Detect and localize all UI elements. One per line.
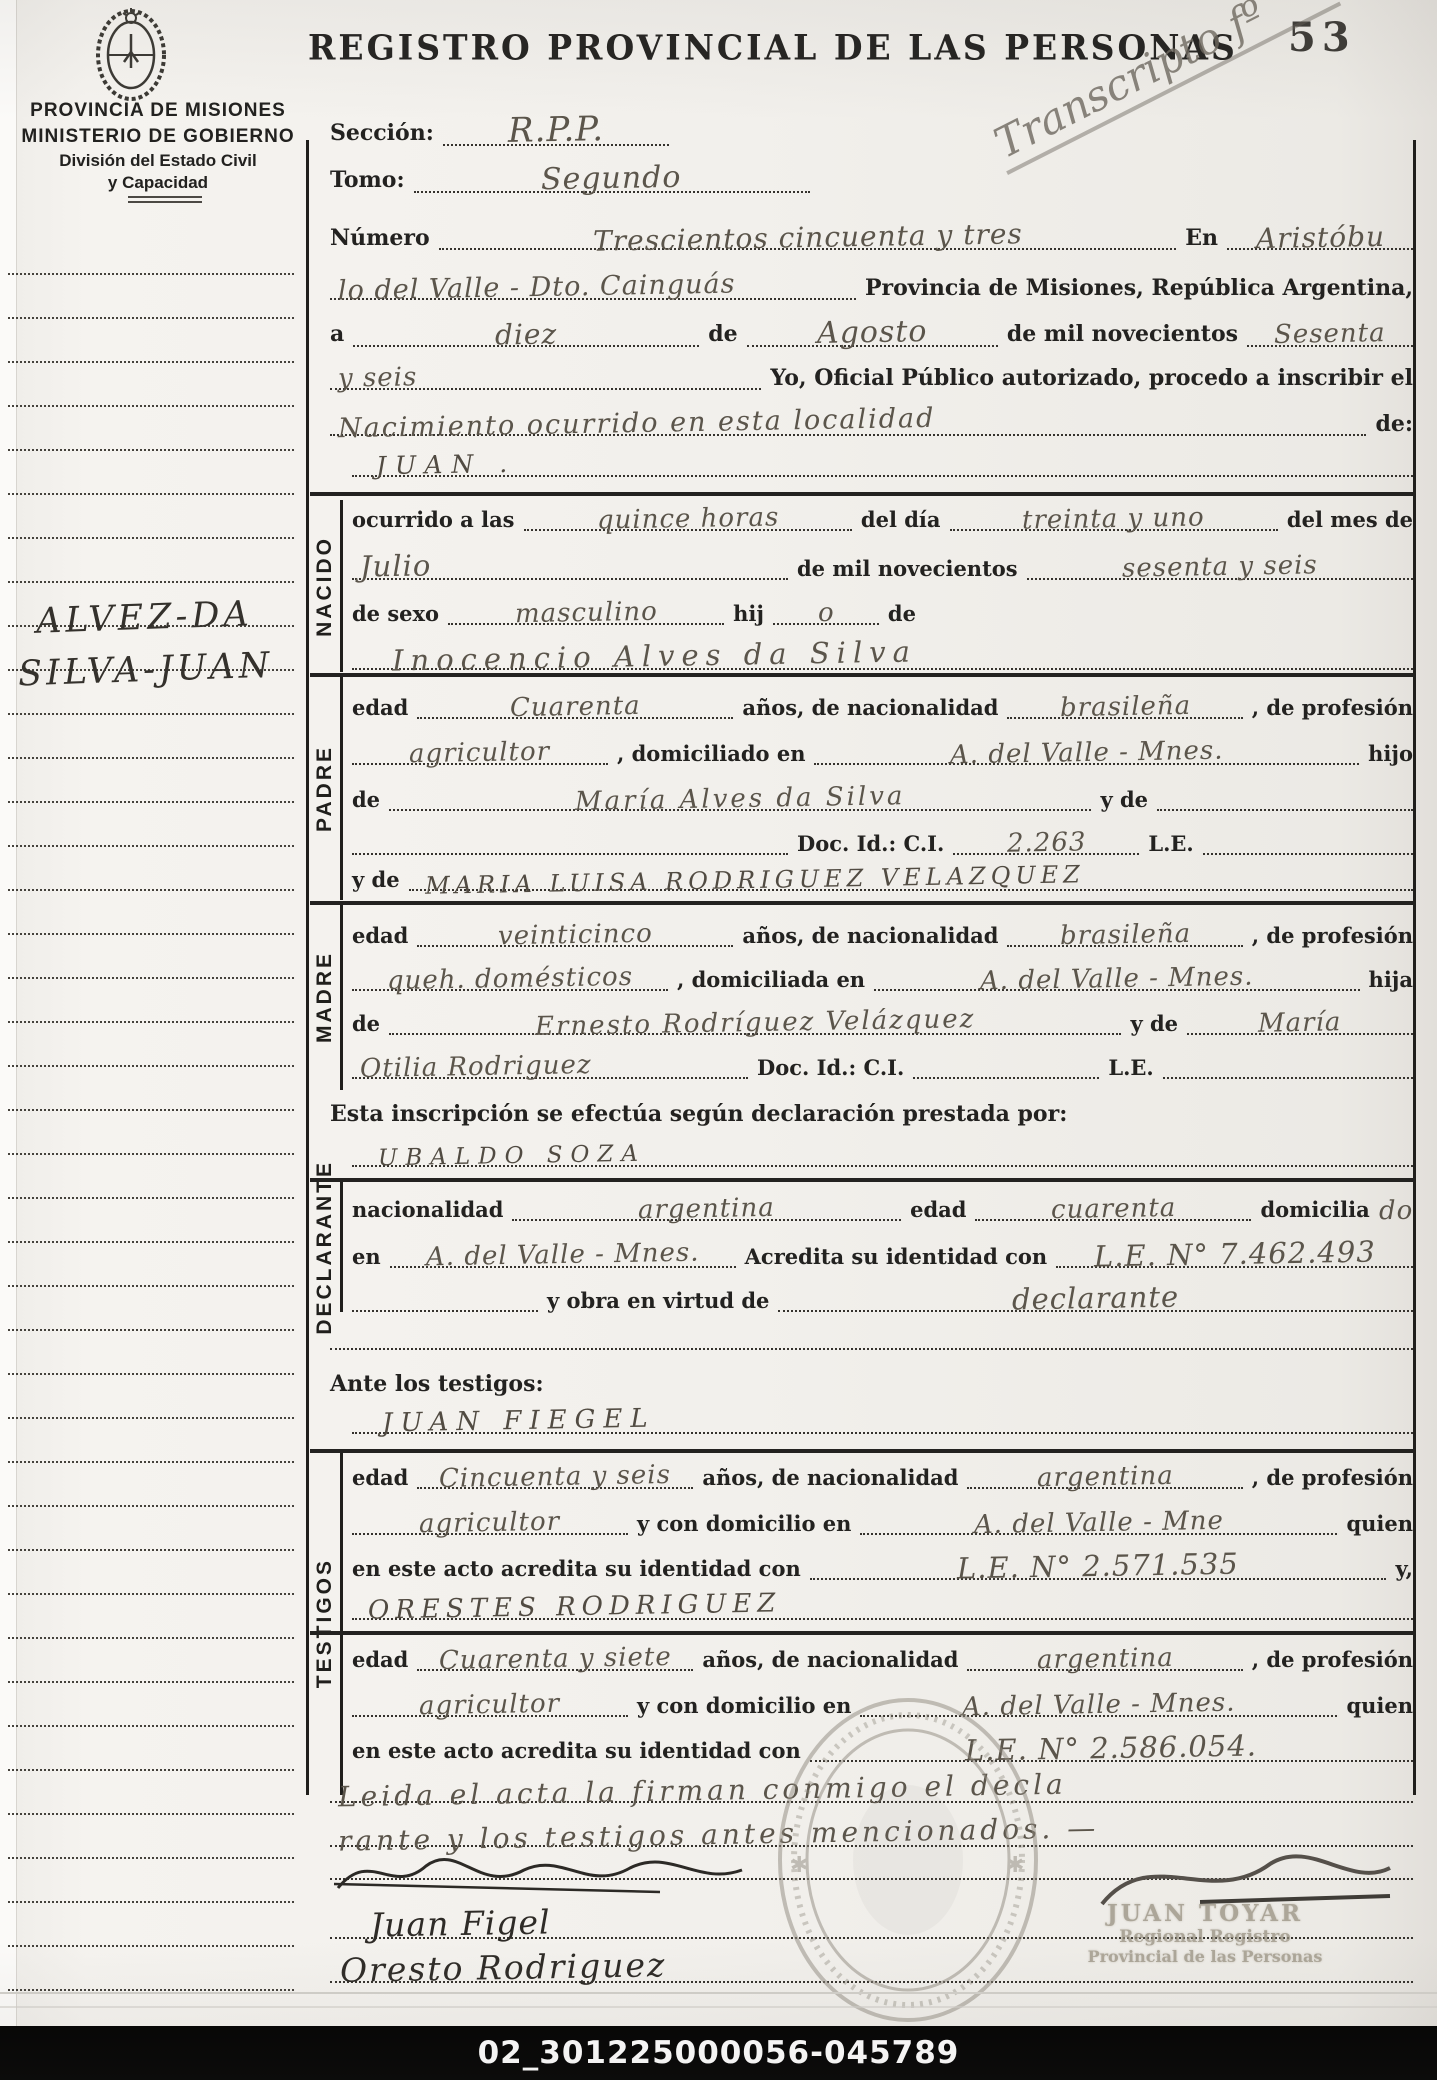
testigo1-identidad-value: L.E. N° 2.571.535	[957, 1554, 1239, 1581]
margin-rule-line	[8, 713, 294, 715]
row-anio: y seis Yo, Oficial Público autorizado, p…	[330, 366, 1413, 390]
stamp-name: JUAN TOYAR	[1035, 1900, 1375, 1927]
label: edad	[352, 924, 408, 947]
row-padre-abuelos: de María Alves da Silva y de	[352, 788, 1413, 811]
numero-label: Número	[330, 226, 430, 250]
margin-rule-line	[8, 1637, 294, 1639]
org-line: y Capacidad	[18, 172, 298, 194]
ante-testigos-label: Ante los testigos:	[330, 1372, 544, 1396]
hora-value: quince horas	[596, 508, 779, 531]
abuelo-paterno-value: María Alves da Silva	[575, 787, 906, 812]
padre-domicilio-value: A. del Valle - Mnes.	[950, 741, 1224, 765]
margin-rule-line	[8, 273, 294, 275]
madre-domicilio-value: A. del Valle - Mnes.	[980, 967, 1254, 991]
row-madre-doc: Otilia Rodriguez Doc. Id.: C.I. L.E.	[352, 1056, 1413, 1079]
margin-rule-line	[8, 1197, 294, 1199]
label: , de profesión	[1252, 1466, 1413, 1489]
margin-rule-line	[8, 1505, 294, 1507]
mes-nac-value: Julio	[360, 555, 432, 578]
margin-rule-line	[8, 1241, 294, 1243]
margin-rule-line	[8, 317, 294, 319]
label: en este acto acredita su identidad con	[352, 1557, 801, 1580]
row-numero: Número Trescientos cincuenta y tres En A…	[330, 226, 1413, 250]
margin-rule-line	[8, 801, 294, 803]
org-line: División del Estado Civil	[18, 150, 298, 172]
row-testigo1-domicilio: agricultor y con domicilio en A. del Val…	[352, 1512, 1413, 1535]
svg-text:✱: ✱	[790, 1853, 808, 1878]
abuela-materna-value-2: Otilia Rodriguez	[360, 1056, 592, 1080]
nombre-value: JUAN .	[376, 455, 516, 476]
section-label-declarante: DECLARANTE	[309, 1182, 343, 1312]
row-padre-profesion: agricultor , domiciliado en A. del Valle…	[352, 742, 1413, 765]
acto-value: Nacimiento ocurrido en esta localidad	[338, 409, 936, 440]
declarante-domicilia-sufijo: do	[1379, 1201, 1414, 1221]
padre-nacionalidad-value: brasileña	[1059, 696, 1191, 718]
en-label: En	[1185, 226, 1218, 250]
madre-profesion-value: queh. domésticos	[387, 967, 633, 991]
row-nacido-hora: ocurrido a las quince horas del día trei…	[352, 508, 1413, 531]
margin-rule-line	[8, 889, 294, 891]
testigo2-nacionalidad-value: argentina	[1037, 1648, 1174, 1670]
label: y,	[1395, 1557, 1413, 1580]
label: domicilia	[1260, 1198, 1369, 1221]
label: hija	[1369, 968, 1413, 991]
label: de mil novecientos	[797, 557, 1018, 580]
stamp-line: Regional Registro	[1035, 1927, 1375, 1947]
divider	[310, 901, 1415, 905]
label: y de	[1100, 788, 1148, 811]
row-tomo: Tomo: Segundo	[330, 168, 1413, 193]
sidebar-rule	[128, 196, 202, 203]
margin-rule-line	[8, 493, 294, 495]
de-mil-label: de mil novecientos	[1007, 322, 1238, 346]
anio-value-1: Sesenta	[1274, 324, 1386, 345]
row-nacido-sexo: de sexo masculino hij o de	[352, 602, 1413, 625]
inscripcion-intro-label: Esta inscripción se efectúa según declar…	[330, 1102, 1067, 1126]
document-title: REGISTRO PROVINCIAL DE LAS PERSONAS	[308, 27, 1188, 68]
margin-rule-line	[8, 1065, 294, 1067]
seccion-label: Sección:	[330, 121, 434, 145]
sexo-value: masculino	[514, 602, 657, 624]
declarante-nacionalidad-value: argentina	[638, 1198, 775, 1220]
label: Doc. Id.: C.I.	[757, 1056, 904, 1079]
label: años, de nacionalidad	[702, 1648, 958, 1671]
label: años, de nacionalidad	[742, 924, 998, 947]
declarante-identidad-value: L.E. N° 7.462.493	[1094, 1242, 1376, 1269]
testigo1-nombre-value: Juan Fiegel	[382, 1410, 656, 1434]
row-testigo1-identidad: en este acto acredita su identidad con L…	[352, 1556, 1413, 1580]
margin-rule-line	[8, 581, 294, 583]
row-madre-nombre: y de Maria Luisa Rodriguez Velazquez	[352, 868, 1413, 891]
margin-surname-note: SILVA-JUAN	[17, 646, 273, 695]
margin-rule-line	[8, 1725, 294, 1727]
madre-nombre-value: Maria Luisa Rodriguez Velazquez	[424, 865, 1084, 895]
madre-edad-value: veinticinco	[498, 924, 653, 946]
row-declarante-virtud: y obra en virtud de declarante	[352, 1288, 1413, 1312]
abuelo-materno-value: Ernesto Rodríguez Velázquez	[535, 1010, 976, 1037]
margin-rule-line	[8, 361, 294, 363]
label: y de	[1130, 1012, 1178, 1035]
circular-stamp: ✱ ✱	[768, 1690, 1048, 2030]
label: del día	[861, 508, 941, 531]
registrar-stamp: JUAN TOYAR Regional Registro Provincial …	[1035, 1900, 1375, 1966]
margin-rule-line	[8, 1461, 294, 1463]
row-inscripcion-intro: Esta inscripción se efectúa según declar…	[330, 1102, 1413, 1126]
row-testigo2-edad: edad Cuarenta y siete años, de nacionali…	[352, 1648, 1413, 1671]
padre-edad-value: Cuarenta	[510, 696, 641, 718]
stamp-line: Provincial de las Personas	[1035, 1947, 1375, 1966]
label: años, de nacionalidad	[702, 1466, 958, 1489]
row-padre-doc: Doc. Id.: C.I. 2.263 L.E.	[352, 832, 1413, 855]
divider	[310, 1631, 1415, 1635]
row-testigo1-nombre: Juan Fiegel	[352, 1412, 1413, 1434]
dia-nac-value: treinta y uno	[1022, 508, 1205, 531]
de-colon-label: de:	[1375, 412, 1413, 436]
label: ocurrido a las	[352, 508, 515, 531]
de-label: de	[708, 322, 737, 346]
testigo1-profesion-value: agricultor	[419, 1512, 560, 1534]
row-fecha: a diez de Agosto de mil novecientos Sese…	[330, 322, 1413, 347]
form-right-rule	[1413, 140, 1416, 1795]
declarante-virtud-value: declarante	[1012, 1287, 1180, 1312]
row-declarante-domicilio: en A. del Valle - Mnes. Acredita su iden…	[352, 1244, 1413, 1268]
madre-nacionalidad-value: brasileña	[1059, 924, 1191, 946]
anio-value-2: y seis	[338, 368, 418, 389]
margin-rule-line	[8, 1329, 294, 1331]
margin-rule-line	[8, 977, 294, 979]
row-ante-testigos: Ante los testigos:	[330, 1372, 1413, 1396]
tomo-value: Segundo	[541, 167, 682, 192]
oficial-label: Yo, Oficial Público autorizado, procedo …	[770, 366, 1413, 390]
label: edad	[352, 696, 408, 719]
label: Acredita su identidad con	[745, 1245, 1048, 1268]
testigo1-domicilio-value: A. del Valle - Mne	[974, 1511, 1224, 1535]
divider	[310, 492, 1415, 496]
margin-rule-line	[8, 1681, 294, 1683]
section-label-testigos: TESTIGOS	[309, 1452, 343, 1795]
padre-profesion-value: agricultor	[409, 742, 550, 764]
label: , de profesión	[1252, 1648, 1413, 1671]
margin-rule-line	[8, 405, 294, 407]
label: quien	[1346, 1512, 1413, 1535]
margin-rule-line	[8, 1417, 294, 1419]
label: , de profesión	[1252, 696, 1413, 719]
abuela-materna-value-1: María	[1258, 1013, 1342, 1034]
row-nombre-padre: Inocencio Alves da Silva	[352, 646, 1413, 670]
label: de sexo	[352, 602, 439, 625]
seccion-value: R.P.P.	[508, 117, 604, 144]
label: L.E.	[1148, 832, 1193, 855]
anio-nac-value: sesenta y seis	[1122, 557, 1318, 580]
declarante-domicilio-value: A. del Valle - Mnes.	[426, 1244, 700, 1268]
label: años, de nacionalidad	[742, 696, 998, 719]
margin-rule-line	[8, 1021, 294, 1023]
org-line: MINISTERIO DE GOBIERNO	[18, 124, 298, 150]
margin-rule-line	[8, 1285, 294, 1287]
padre-ci-value: 2.263	[1006, 833, 1086, 854]
issuing-office: PROVINCIA DE MISIONES MINISTERIO DE GOBI…	[18, 98, 298, 194]
margin-rule-line	[8, 757, 294, 759]
label: en este acto acredita su identidad con	[352, 1739, 801, 1762]
scan-edge	[0, 0, 17, 2080]
label: hijo	[1368, 742, 1413, 765]
label: edad	[352, 1466, 408, 1489]
row-testigo2-nombre: Orestes Rodriguez	[352, 1598, 1413, 1620]
lugar-value-2: lo del Valle - Dto. Cainguás	[338, 274, 736, 301]
row-acto: Nacimiento ocurrido en esta localidad de…	[330, 412, 1413, 436]
section-label-padre: PADRE	[309, 676, 343, 900]
row-lugar: lo del Valle - Dto. Cainguás Provincia d…	[330, 276, 1413, 300]
label: nacionalidad	[352, 1198, 503, 1221]
testigo1-edad-value: Cincuenta y seis	[439, 1466, 671, 1490]
scan-artifact-line	[0, 2006, 1437, 2008]
label: , domiciliada en	[677, 968, 865, 991]
margin-rule-line	[8, 1901, 294, 1903]
label: quien	[1346, 1694, 1413, 1717]
label: edad	[352, 1648, 408, 1671]
testigo2-profesion-value: agricultor	[419, 1694, 560, 1716]
margin-rule-line	[8, 449, 294, 451]
testigo2-edad-value: Cuarenta y siete	[439, 1648, 672, 1672]
footer-code: 02_301225000056-045789	[478, 2035, 960, 2071]
section-label-nacido: NACIDO	[309, 500, 343, 672]
label: , de profesión	[1252, 924, 1413, 947]
label: en	[352, 1245, 381, 1268]
dia-value: diez	[495, 323, 558, 345]
label: de	[352, 788, 380, 811]
declarant-signature	[330, 1840, 760, 1902]
margin-rule-line	[8, 933, 294, 935]
divider	[310, 1178, 1415, 1182]
row-padre-edad: edad Cuarenta años, de nacionalidad bras…	[352, 696, 1413, 719]
margin-rule-line	[8, 537, 294, 539]
label: del mes de	[1287, 508, 1413, 531]
margin-rule-line	[8, 845, 294, 847]
firma-testigo2: Oresto Rodriguez	[340, 1953, 667, 1983]
coat-of-arms	[94, 4, 168, 102]
row-madre-profesion: queh. domésticos , domiciliada en A. del…	[352, 968, 1413, 991]
declarante-nombre-value: Ubaldo Soza	[378, 1146, 646, 1168]
footer-code-bar: 02_301225000056-045789	[0, 2026, 1437, 2080]
label: y obra en virtud de	[547, 1289, 769, 1312]
label: y con domicilio en	[637, 1512, 851, 1535]
provincia-label: Provincia de Misiones, República Argenti…	[865, 276, 1413, 300]
testigo2-nombre-value: Orestes Rodriguez	[368, 1594, 782, 1621]
row-madre-abuelos: de Ernesto Rodríguez Velázquez y de Marí…	[352, 1012, 1413, 1035]
label: de	[352, 1012, 380, 1035]
row-nombre-inscripto: JUAN .	[352, 456, 1413, 477]
label: , domiciliado en	[617, 742, 805, 765]
divider	[310, 1449, 1415, 1453]
label: Doc. Id.: C.I.	[797, 832, 944, 855]
margin-rule-line	[8, 1769, 294, 1771]
scan-artifact-line	[0, 1992, 1437, 1994]
hijo-sufijo-value: o	[817, 603, 834, 623]
row-seccion: Sección: R.P.P.	[330, 118, 1413, 146]
row-nacido-mes: Julio de mil novecientos sesenta y seis	[352, 556, 1413, 580]
row-blank-line	[330, 1338, 1413, 1350]
mes-value: Agosto	[817, 321, 928, 345]
a-label: a	[330, 322, 344, 346]
label: edad	[910, 1198, 966, 1221]
firma-testigo1: Juan Figel	[370, 1910, 551, 1938]
margin-rule-line	[8, 1945, 294, 1947]
svg-text:✱: ✱	[1006, 1853, 1024, 1878]
testigo1-nacionalidad-value: argentina	[1037, 1466, 1174, 1488]
margin-rule-line	[8, 1813, 294, 1815]
label: y de	[352, 868, 400, 891]
margin-rule-line	[8, 1593, 294, 1595]
scanned-birth-certificate: REGISTRO PROVINCIAL DE LAS PERSONAS 53 T…	[0, 0, 1437, 2080]
margin-rule-line	[8, 1373, 294, 1375]
numero-value: Trescientos cincuenta y tres	[592, 223, 1022, 251]
label: L.E.	[1108, 1056, 1153, 1079]
row-testigo1-edad: edad Cincuenta y seis años, de nacionali…	[352, 1466, 1413, 1489]
row-declarante-datos: nacionalidad argentina edad cuarenta dom…	[352, 1198, 1413, 1221]
margin-rule-line	[8, 1549, 294, 1551]
margin-rule-line	[8, 1153, 294, 1155]
label: de	[888, 602, 916, 625]
margin-rule-line	[8, 1109, 294, 1111]
row-declarante-nombre: Ubaldo Soza	[352, 1148, 1413, 1167]
declarante-edad-value: cuarenta	[1051, 1199, 1177, 1221]
section-label-madre: MADRE	[309, 904, 343, 1090]
margin-surname-note: ALVEZ-DA	[35, 594, 253, 642]
org-line: PROVINCIA DE MISIONES	[18, 98, 298, 124]
row-madre-edad: edad veinticinco años, de nacionalidad b…	[352, 924, 1413, 947]
label: hij	[733, 602, 764, 625]
tomo-label: Tomo:	[330, 168, 405, 192]
lugar-value-1: Aristóbu	[1255, 226, 1384, 249]
margin-rule-line	[8, 1989, 294, 1991]
margin-rule-line	[8, 1857, 294, 1859]
padre-nombre-value: Inocencio Alves da Silva	[392, 641, 917, 672]
